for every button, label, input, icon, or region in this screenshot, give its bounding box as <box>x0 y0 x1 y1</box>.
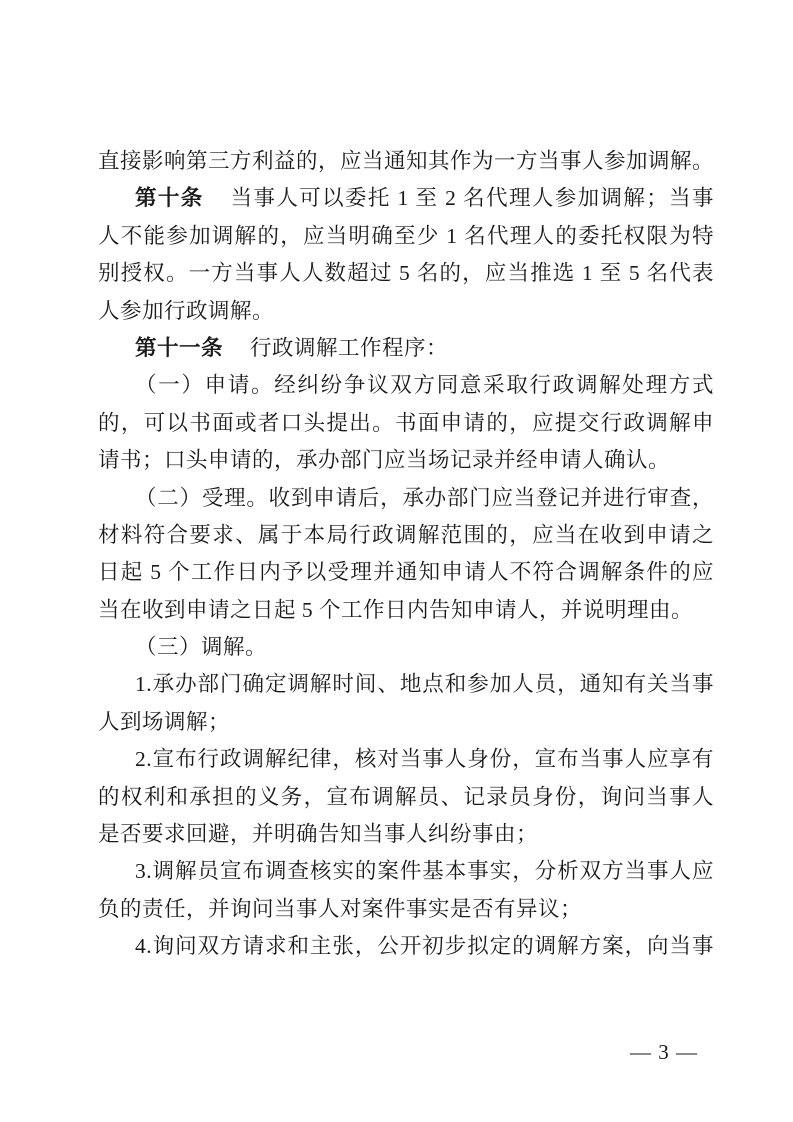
line-text: 的权利和承担的义务，宣布调解员、记录员身份，询问当事人 <box>98 785 714 809</box>
line-text: 当在收到申请之日起 5 个工作日内告知申请人，并说明理由。 <box>98 598 693 622</box>
line-text: （一）申请。经纠纷争议双方同意采取行政调解处理方式 <box>135 373 714 397</box>
line-text: 4.询问双方请求和主张，公开初步拟定的调解方案，向当事 <box>135 934 714 958</box>
line-text: 负的责任，并询问当事人对案件事实是否有异议； <box>98 897 582 921</box>
text-line: 直接影响第三方利益的，应当通知其作为一方当事人参加调解。 <box>98 143 714 180</box>
line-text: 直接影响第三方利益的，应当通知其作为一方当事人参加调解。 <box>98 149 714 173</box>
text-line: 4.询问双方请求和主张，公开初步拟定的调解方案，向当事 <box>98 928 714 965</box>
text-line: 人到场调解； <box>98 704 714 741</box>
line-text: 是否要求回避，并明确告知当事人纠纷事由； <box>98 822 538 846</box>
text-line: 日起 5 个工作日内予以受理并通知申请人不符合调解条件的应 <box>98 554 714 591</box>
article-number: 第十条 <box>135 186 204 210</box>
line-text: 别授权。一方当事人人数超过 5 名的，应当推选 1 至 5 名代表 <box>98 261 714 285</box>
text-line: 第十一条行政调解工作程序： <box>98 330 714 367</box>
text-line: 是否要求回避，并明确告知当事人纠纷事由； <box>98 816 714 853</box>
text-line: （二）受理。收到申请后，承办部门应当登记并进行审查， <box>98 480 714 517</box>
text-line: 人不能参加调解的，应当明确至少 1 名代理人的委托权限为特 <box>98 218 714 255</box>
document-page: 直接影响第三方利益的，应当通知其作为一方当事人参加调解。第十条当事人可以委托 1… <box>0 0 793 1122</box>
line-text: 人参加行政调解。 <box>98 299 274 323</box>
line-text: （三）调解。 <box>135 635 267 659</box>
document-body: 直接影响第三方利益的，应当通知其作为一方当事人参加调解。第十条当事人可以委托 1… <box>98 143 714 966</box>
line-text: 日起 5 个工作日内予以受理并通知申请人不符合调解条件的应 <box>98 560 714 584</box>
line-text: 材料符合要求、属于本局行政调解范围的，应当在收到申请之 <box>98 523 714 547</box>
text-line: 的权利和承担的义务，宣布调解员、记录员身份，询问当事人 <box>98 779 714 816</box>
line-text: 人不能参加调解的，应当明确至少 1 名代理人的委托权限为特 <box>98 224 714 248</box>
text-line: 负的责任，并询问当事人对案件事实是否有异议； <box>98 891 714 928</box>
text-line: 当在收到申请之日起 5 个工作日内告知申请人，并说明理由。 <box>98 592 714 629</box>
line-text: 行政调解工作程序： <box>250 336 448 360</box>
text-line: 2.宣布行政调解纪律，核对当事人身份，宣布当事人应享有 <box>98 741 714 778</box>
text-line: （一）申请。经纠纷争议双方同意采取行政调解处理方式 <box>98 367 714 404</box>
text-line: 第十条当事人可以委托 1 至 2 名代理人参加调解；当事 <box>98 180 714 217</box>
line-text: 1.承办部门确定调解时间、地点和参加人员，通知有关当事 <box>135 672 714 696</box>
line-text: 3.调解员宣布调查核实的案件基本事实，分析双方当事人应 <box>135 859 714 883</box>
line-text: 请书；口头申请的，承办部门应当场记录并经申请人确认。 <box>98 448 670 472</box>
line-text: （二）受理。收到申请后，承办部门应当登记并进行审查， <box>135 486 714 510</box>
text-line: 请书；口头申请的，承办部门应当场记录并经申请人确认。 <box>98 442 714 479</box>
line-text: 人到场调解； <box>98 710 230 734</box>
text-line: 3.调解员宣布调查核实的案件基本事实，分析双方当事人应 <box>98 853 714 890</box>
line-text: 当事人可以委托 1 至 2 名代理人参加调解；当事 <box>231 186 714 210</box>
page-number: — 3 — <box>630 1040 698 1065</box>
line-text: 的，可以书面或者口头提出。书面申请的，应提交行政调解申 <box>98 411 714 435</box>
article-number: 第十一条 <box>135 336 223 360</box>
text-line: （三）调解。 <box>98 629 714 666</box>
line-text: 2.宣布行政调解纪律，核对当事人身份，宣布当事人应享有 <box>135 747 714 771</box>
text-line: 的，可以书面或者口头提出。书面申请的，应提交行政调解申 <box>98 405 714 442</box>
text-line: 别授权。一方当事人人数超过 5 名的，应当推选 1 至 5 名代表 <box>98 255 714 292</box>
text-line: 材料符合要求、属于本局行政调解范围的，应当在收到申请之 <box>98 517 714 554</box>
text-line: 人参加行政调解。 <box>98 293 714 330</box>
text-line: 1.承办部门确定调解时间、地点和参加人员，通知有关当事 <box>98 666 714 703</box>
